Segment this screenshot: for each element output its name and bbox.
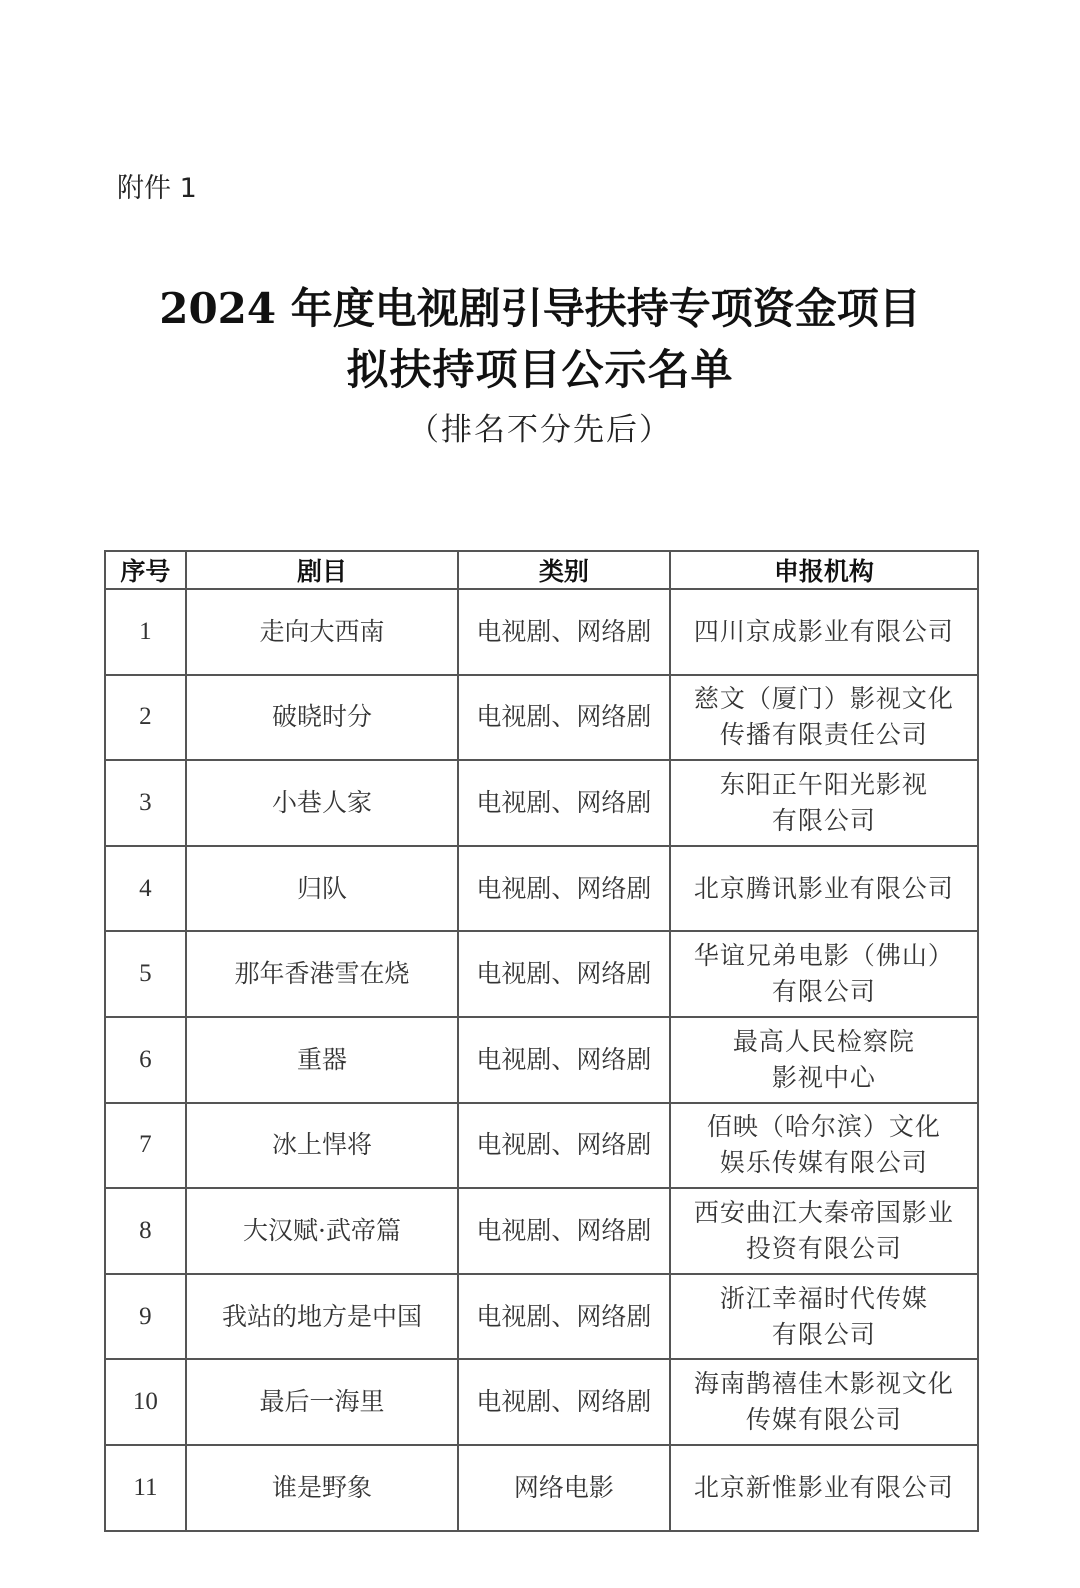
- cell-title: 重器: [186, 1017, 458, 1103]
- org-line: 投资有限公司: [671, 1231, 977, 1267]
- table-row: 8 大汉赋·武帝篇 电视剧、网络剧 西安曲江大秦帝国影业投资有限公司: [105, 1188, 978, 1274]
- cell-category: 电视剧、网络剧: [458, 1274, 670, 1360]
- table-row: 10 最后一海里 电视剧、网络剧 海南鹊禧佳木影视文化传媒有限公司: [105, 1359, 978, 1445]
- cell-category: 网络电影: [458, 1445, 670, 1531]
- cell-organization: 四川京成影业有限公司: [670, 589, 978, 675]
- cell-title: 我站的地方是中国: [186, 1274, 458, 1360]
- cell-organization: 浙江幸福时代传媒有限公司: [670, 1274, 978, 1360]
- table-row: 2 破晓时分 电视剧、网络剧 慈文（厦门）影视文化传播有限责任公司: [105, 675, 978, 761]
- org-line: 北京腾讯影业有限公司: [671, 871, 977, 907]
- table-row: 3 小巷人家 电视剧、网络剧 东阳正午阳光影视有限公司: [105, 760, 978, 846]
- org-line: 有限公司: [671, 803, 977, 839]
- cell-title: 冰上悍将: [186, 1103, 458, 1189]
- cell-category: 电视剧、网络剧: [458, 931, 670, 1017]
- project-list-table: 序号 剧目 类别 申报机构 1 走向大西南 电视剧、网络剧 四川京成影业有限公司…: [104, 550, 979, 1532]
- cell-organization: 华谊兄弟电影（佛山）有限公司: [670, 931, 978, 1017]
- cell-category: 电视剧、网络剧: [458, 1188, 670, 1274]
- attachment-label: 附件 1: [117, 166, 197, 205]
- org-line: 有限公司: [671, 974, 977, 1010]
- cell-organization: 北京新惟影业有限公司: [670, 1445, 978, 1531]
- table-row: 5 那年香港雪在烧 电视剧、网络剧 华谊兄弟电影（佛山）有限公司: [105, 931, 978, 1017]
- cell-number: 4: [105, 846, 186, 932]
- cell-title: 小巷人家: [186, 760, 458, 846]
- cell-title: 最后一海里: [186, 1359, 458, 1445]
- org-line: 西安曲江大秦帝国影业: [671, 1195, 977, 1231]
- page-subtitle: （排名不分先后）: [0, 404, 1080, 449]
- cell-number: 8: [105, 1188, 186, 1274]
- cell-organization: 慈文（厦门）影视文化传播有限责任公司: [670, 675, 978, 761]
- cell-title: 破晓时分: [186, 675, 458, 761]
- cell-organization: 佰映（哈尔滨）文化娱乐传媒有限公司: [670, 1103, 978, 1189]
- table-row: 7 冰上悍将 电视剧、网络剧 佰映（哈尔滨）文化娱乐传媒有限公司: [105, 1103, 978, 1189]
- cell-number: 6: [105, 1017, 186, 1103]
- cell-number: 3: [105, 760, 186, 846]
- org-line: 最高人民检察院: [671, 1024, 977, 1060]
- org-line: 四川京成影业有限公司: [671, 614, 977, 650]
- org-line: 有限公司: [671, 1317, 977, 1353]
- cell-number: 9: [105, 1274, 186, 1360]
- cell-category: 电视剧、网络剧: [458, 1103, 670, 1189]
- cell-organization: 西安曲江大秦帝国影业投资有限公司: [670, 1188, 978, 1274]
- cell-number: 7: [105, 1103, 186, 1189]
- cell-number: 11: [105, 1445, 186, 1531]
- table-row: 6 重器 电视剧、网络剧 最高人民检察院影视中心: [105, 1017, 978, 1103]
- org-line: 东阳正午阳光影视: [671, 767, 977, 803]
- org-line: 华谊兄弟电影（佛山）: [671, 938, 977, 974]
- column-header-number: 序号: [105, 551, 186, 589]
- table-row: 11 谁是野象 网络电影 北京新惟影业有限公司: [105, 1445, 978, 1531]
- cell-number: 1: [105, 589, 186, 675]
- cell-title: 走向大西南: [186, 589, 458, 675]
- cell-number: 10: [105, 1359, 186, 1445]
- org-line: 传媒有限公司: [671, 1402, 977, 1438]
- cell-category: 电视剧、网络剧: [458, 675, 670, 761]
- org-line: 佰映（哈尔滨）文化: [671, 1109, 977, 1145]
- table-row: 9 我站的地方是中国 电视剧、网络剧 浙江幸福时代传媒有限公司: [105, 1274, 978, 1360]
- page-title-line1: 2024 年度电视剧引导扶持专项资金项目: [0, 276, 1080, 336]
- org-line: 影视中心: [671, 1060, 977, 1096]
- cell-category: 电视剧、网络剧: [458, 846, 670, 932]
- cell-organization: 北京腾讯影业有限公司: [670, 846, 978, 932]
- column-header-organization: 申报机构: [670, 551, 978, 589]
- cell-organization: 最高人民检察院影视中心: [670, 1017, 978, 1103]
- cell-title: 大汉赋·武帝篇: [186, 1188, 458, 1274]
- cell-category: 电视剧、网络剧: [458, 760, 670, 846]
- table-row: 1 走向大西南 电视剧、网络剧 四川京成影业有限公司: [105, 589, 978, 675]
- org-line: 浙江幸福时代传媒: [671, 1281, 977, 1317]
- column-header-category: 类别: [458, 551, 670, 589]
- org-line: 海南鹊禧佳木影视文化: [671, 1366, 977, 1402]
- table-header-row: 序号 剧目 类别 申报机构: [105, 551, 978, 589]
- cell-category: 电视剧、网络剧: [458, 589, 670, 675]
- page-title-line2: 拟扶持项目公示名单: [0, 337, 1080, 397]
- cell-category: 电视剧、网络剧: [458, 1017, 670, 1103]
- org-line: 北京新惟影业有限公司: [671, 1470, 977, 1506]
- cell-organization: 海南鹊禧佳木影视文化传媒有限公司: [670, 1359, 978, 1445]
- org-line: 慈文（厦门）影视文化: [671, 681, 977, 717]
- cell-title: 归队: [186, 846, 458, 932]
- cell-title: 那年香港雪在烧: [186, 931, 458, 1017]
- org-line: 娱乐传媒有限公司: [671, 1145, 977, 1181]
- cell-number: 2: [105, 675, 186, 761]
- table-row: 4 归队 电视剧、网络剧 北京腾讯影业有限公司: [105, 846, 978, 932]
- org-line: 传播有限责任公司: [671, 717, 977, 753]
- cell-category: 电视剧、网络剧: [458, 1359, 670, 1445]
- cell-number: 5: [105, 931, 186, 1017]
- cell-organization: 东阳正午阳光影视有限公司: [670, 760, 978, 846]
- cell-title: 谁是野象: [186, 1445, 458, 1531]
- column-header-title: 剧目: [186, 551, 458, 589]
